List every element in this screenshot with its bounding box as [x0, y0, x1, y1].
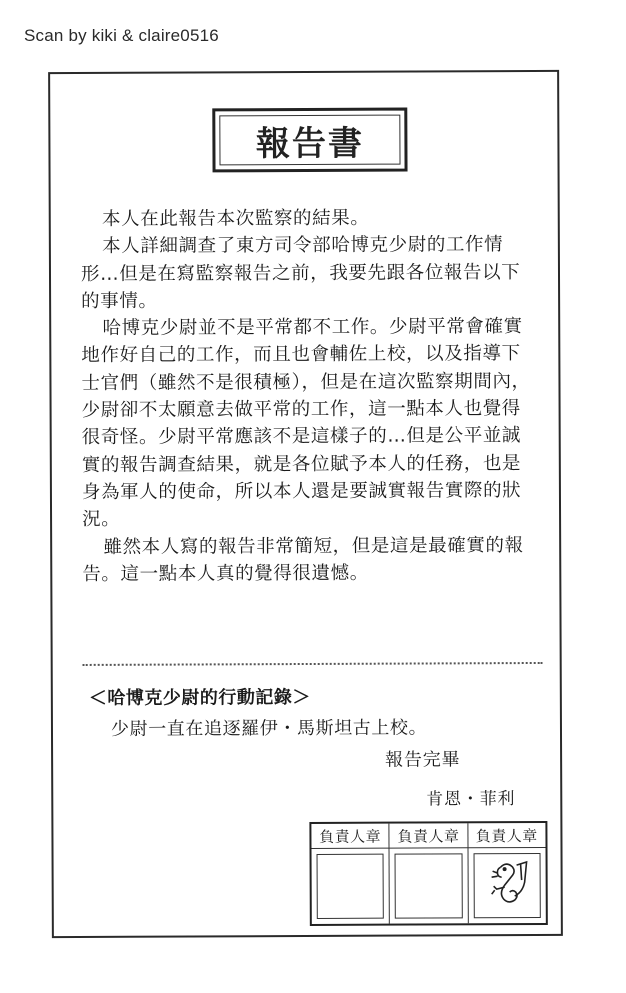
stamp-box-empty	[395, 853, 463, 918]
action-log-entry: 少尉一直在追逐羅伊・馬斯坦古上校。	[111, 713, 427, 740]
report-title: 報告書	[219, 115, 400, 166]
title-box: 報告書	[212, 108, 407, 173]
scan-credit: Scan by kiki & claire0516	[24, 26, 219, 46]
paragraph: 本人詳細調查了東方司令部哈博克少尉的工作情形…但是在寫監察報告之前，我要先跟各位…	[81, 231, 531, 315]
signature: 肯恩・菲利	[426, 784, 515, 809]
action-log-title: ＜哈博克少尉的行動記錄＞	[89, 683, 311, 710]
paragraph: 哈博克少尉並不是平常都不工作。少尉平常會確實地作好自己的工作，而且也會輔佐上校，…	[81, 313, 532, 533]
report-body: 本人在此報告本次監察的結果。 本人詳細調查了東方司令部哈博克少尉的工作情形…但是…	[81, 204, 533, 588]
paragraph: 雖然本人寫的報告非常簡短，但是這是最確實的報告。這一點本人真的覺得很遺憾。	[82, 532, 532, 589]
stamp-table: 負責人章 負責人章 負責人章	[309, 821, 547, 926]
stamp-label: 負責人章	[390, 823, 467, 848]
stamp-label: 負責人章	[468, 823, 545, 848]
stamp-box-empty	[317, 854, 385, 919]
stamp-column: 負責人章	[311, 824, 390, 924]
dotted-divider	[83, 662, 543, 666]
stamp-box-signed	[473, 853, 541, 918]
report-frame: 報告書 本人在此報告本次監察的結果。 本人詳細調查了東方司令部哈博克少尉的工作情…	[48, 70, 563, 938]
stamp-column: 負責人章	[390, 823, 469, 923]
stamp-column: 負責人章	[468, 823, 546, 923]
report-end-note: 報告完畢	[385, 745, 460, 771]
stamp-label: 負責人章	[311, 824, 388, 849]
dragon-seal-icon	[481, 857, 533, 915]
paragraph: 本人在此報告本次監察的結果。	[81, 204, 531, 233]
